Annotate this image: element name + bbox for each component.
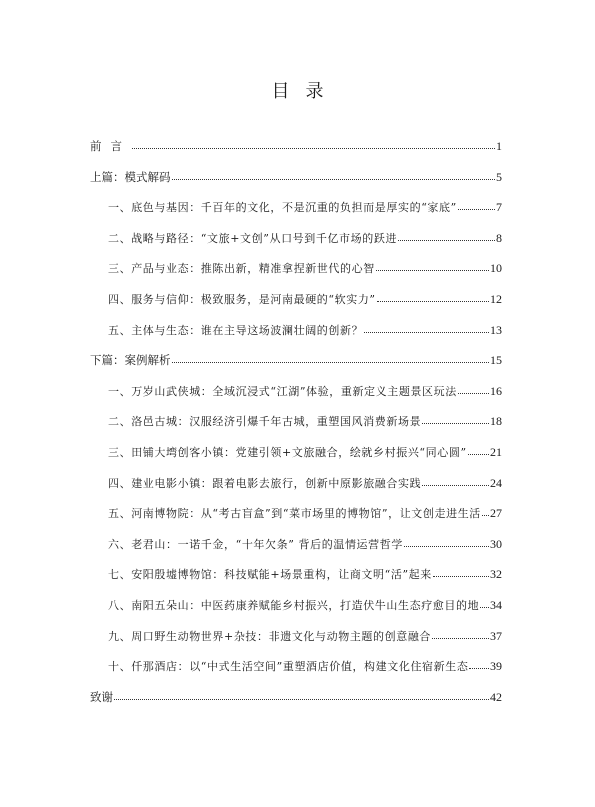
toc-entry-label: 三、产品与业态：推陈出新，精准拿捏新世代的心智 [108,260,375,278]
toc-entry-label: 下篇：案例解析 [90,351,171,369]
toc-entry-page-number: 13 [490,321,502,339]
toc-entry-label: 四、建业电影小镇：跟着电影去旅行，创新中原影旅融合实践 [108,475,421,493]
dot-leader [469,658,489,670]
toc-entry-page-number: 10 [490,259,502,277]
toc-entry-label: 九、周口野生动物世界+杂技：非遗文化与动物主题的创意融合 [108,628,431,646]
dot-leader [422,413,489,425]
toc-entry-page-number: 34 [490,596,502,614]
toc-entry-page-number: 30 [490,535,502,553]
toc-entry-page-number: 37 [490,627,502,645]
toc-entry[interactable]: 六、老君山：一诺千金，“十年欠条” 背后的温情运营哲学30 [90,535,502,566]
dot-leader [422,475,489,487]
toc-entry-label: 致谢 [90,688,113,706]
toc-entry-label: 六、老君山：一诺千金，“十年欠条” 背后的温情运营哲学 [108,536,403,554]
toc-entry[interactable]: 一、万岁山武侠城：全域沉浸式“江湖”体验，重新定义主题景区玩法16 [90,382,502,413]
toc-entry-page-number: 15 [490,351,502,369]
toc-entry-page-number: 5 [496,168,502,186]
toc-entry[interactable]: 七、安阳殷墟博物馆：科技赋能+场景重构，让商文明“活”起来32 [90,565,502,596]
toc-entry-page-number: 27 [490,504,502,522]
dot-leader [432,628,489,640]
dot-leader [377,291,489,303]
dot-leader [482,505,489,517]
page-title: 目录 [0,80,595,104]
toc-entry-page-number: 16 [490,382,502,400]
dot-leader [433,566,489,578]
toc-entry-label: 八、南阳五朵山：中医药康养赋能乡村振兴，打造伏牛山生态疗愈目的地 [108,597,479,615]
toc-entry-page-number: 18 [490,412,502,430]
dot-leader [458,199,495,211]
toc-entry-label: 五、河南博物院：从“考古盲盒”到“菜市场里的博物馆”，让文创走进生活 [108,505,481,523]
table-of-contents: 前言1上篇：模式解码5一、底色与基因：千百年的文化，不是沉重的负担而是厚实的“家… [90,137,502,718]
toc-entry-label: 五、主体与生态：谁在主导这场波澜壮阔的创新？ [108,322,363,340]
toc-entry[interactable]: 五、主体与生态：谁在主导这场波澜壮阔的创新？13 [90,321,502,352]
dot-leader [172,169,496,181]
toc-entry[interactable]: 八、南阳五朵山：中医药康养赋能乡村振兴，打造伏牛山生态疗愈目的地34 [90,596,502,627]
dot-leader [364,322,489,334]
toc-entry-label: 七、安阳殷墟博物馆：科技赋能+场景重构，让商文明“活”起来 [108,566,432,584]
toc-entry-page-number: 21 [490,443,502,461]
toc-entry-page-number: 24 [490,474,502,492]
toc-entry[interactable]: 四、服务与信仰：极致服务，是河南最硬的“软实力”12 [90,290,502,321]
toc-entry-page-number: 39 [490,657,502,675]
toc-entry-page-number: 12 [490,290,502,308]
toc-entry-label: 四、服务与信仰：极致服务，是河南最硬的“软实力” [108,291,376,309]
toc-entry[interactable]: 三、田铺大塆创客小镇：党建引领+文旅融合，绘就乡村振兴“同心圆”21 [90,443,502,474]
toc-entry-page-number: 7 [496,198,502,216]
dot-leader [480,597,489,609]
toc-entry[interactable]: 二、洛邑古城：汉服经济引爆千年古城，重塑国风消费新场景18 [90,412,502,443]
toc-entry[interactable]: 前言1 [90,137,502,168]
dot-leader [468,444,489,456]
toc-entry[interactable]: 下篇：案例解析15 [90,351,502,382]
toc-entry[interactable]: 二、战略与路径：“文旅+文创”从口号到千亿市场的跃进8 [90,229,502,260]
toc-entry[interactable]: 四、建业电影小镇：跟着电影去旅行，创新中原影旅融合实践24 [90,474,502,505]
toc-entry[interactable]: 三、产品与业态：推陈出新，精准拿捏新世代的心智10 [90,259,502,290]
toc-entry[interactable]: 九、周口野生动物世界+杂技：非遗文化与动物主题的创意融合37 [90,627,502,658]
dot-leader [398,230,495,242]
toc-entry[interactable]: 一、底色与基因：千百年的文化，不是沉重的负担而是厚实的“家底”7 [90,198,502,229]
toc-entry-page-number: 1 [496,137,502,155]
toc-entry[interactable]: 十、仟那酒店：以“中式生活空间”重塑酒店价值，构建文化住宿新生态39 [90,657,502,688]
toc-entry-label: 二、战略与路径：“文旅+文创”从口号到千亿市场的跃进 [108,230,397,248]
toc-entry-label: 前言 [90,137,131,155]
toc-entry-label: 十、仟那酒店：以“中式生活空间”重塑酒店价值，构建文化住宿新生态 [108,658,468,676]
dot-leader [404,536,489,548]
dot-leader [172,352,490,364]
dot-leader [132,138,495,150]
toc-entry-label: 一、万岁山武侠城：全域沉浸式“江湖”体验，重新定义主题景区玩法 [108,383,457,401]
toc-entry-label: 一、底色与基因：千百年的文化，不是沉重的负担而是厚实的“家底” [108,199,457,217]
toc-entry-label: 上篇：模式解码 [90,168,171,186]
dot-leader [376,260,489,272]
toc-entry[interactable]: 致谢42 [90,688,502,719]
toc-entry-page-number: 32 [490,565,502,583]
dot-leader [458,383,489,395]
toc-entry-label: 三、田铺大塆创客小镇：党建引领+文旅融合，绘就乡村振兴“同心圆” [108,444,467,462]
toc-entry[interactable]: 五、河南博物院：从“考古盲盒”到“菜市场里的博物馆”，让文创走进生活27 [90,504,502,535]
toc-entry-label: 二、洛邑古城：汉服经济引爆千年古城，重塑国风消费新场景 [108,413,421,431]
toc-entry-page-number: 42 [490,688,502,706]
toc-entry[interactable]: 上篇：模式解码5 [90,168,502,199]
dot-leader [114,689,489,701]
toc-entry-page-number: 8 [496,229,502,247]
